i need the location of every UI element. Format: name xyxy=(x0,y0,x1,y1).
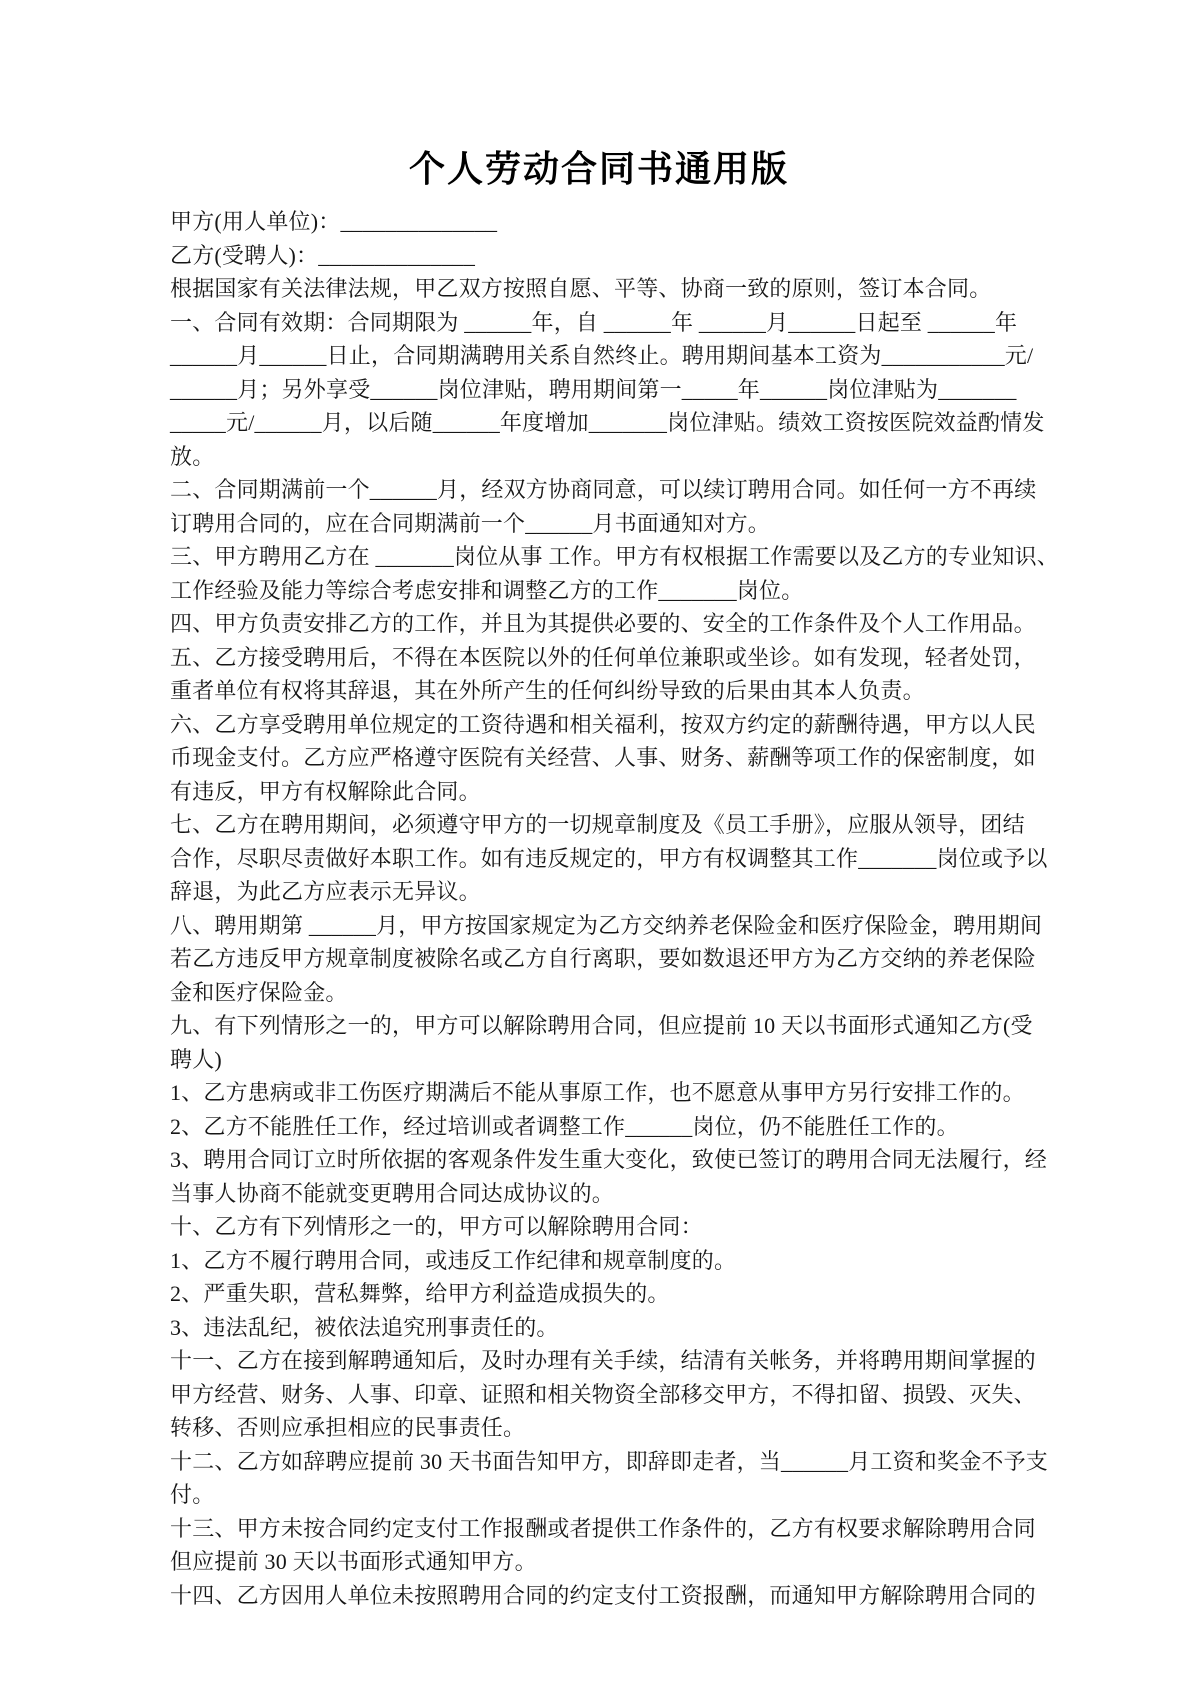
contract-document-page: 个人劳动合同书通用版 甲方(用人单位)：______________乙方(受聘人… xyxy=(0,0,1190,1683)
contract-line: 订聘用合同的，应在合同期满前一个______月书面通知对方。 xyxy=(170,507,1028,541)
contract-line: 工作经验及能力等综合考虑安排和调整乙方的工作_______岗位。 xyxy=(170,574,1028,608)
contract-body: 甲方(用人单位)：______________乙方(受聘人)：_________… xyxy=(170,205,1028,1612)
contract-line: 十二、乙方如辞聘应提前 30 天书面告知甲方，即辞即走者，当______月工资和… xyxy=(170,1445,1028,1479)
contract-line: 但应提前 30 天以书面形式通知甲方。 xyxy=(170,1545,1028,1579)
page-title: 个人劳动合同书通用版 xyxy=(170,146,1028,192)
contract-line: 三、甲方聘用乙方在 _______岗位从事 工作。甲方有权根据工作需要以及乙方的… xyxy=(170,540,1028,574)
contract-line: ______月；另外享受______岗位津贴，聘用期间第一_____年_____… xyxy=(170,373,1028,407)
contract-line: 币现金支付。乙方应严格遵守医院有关经营、人事、财务、薪酬等项工作的保密制度，如 xyxy=(170,741,1028,775)
contract-line: 根据国家有关法律法规，甲乙双方按照自愿、平等、协商一致的原则，签订本合同。 xyxy=(170,272,1028,306)
contract-line: 若乙方违反甲方规章制度被除名或乙方自行离职，要如数退还甲方为乙方交纳的养老保险 xyxy=(170,942,1028,976)
contract-line: 2、乙方不能胜任工作，经过培训或者调整工作______岗位，仍不能胜任工作的。 xyxy=(170,1110,1028,1144)
contract-line: 十三、甲方未按合同约定支付工作报酬或者提供工作条件的，乙方有权要求解除聘用合同 xyxy=(170,1512,1028,1546)
contract-line: 聘人) xyxy=(170,1043,1028,1077)
contract-line: 转移、否则应承担相应的民事责任。 xyxy=(170,1411,1028,1445)
contract-line: 十、乙方有下列情形之一的，甲方可以解除聘用合同： xyxy=(170,1210,1028,1244)
contract-line: 十四、乙方因用人单位未按照聘用合同的约定支付工资报酬，而通知甲方解除聘用合同的 xyxy=(170,1579,1028,1613)
contract-line: 金和医疗保险金。 xyxy=(170,976,1028,1010)
contract-line: 3、聘用合同订立时所依据的客观条件发生重大变化，致使已签订的聘用合同无法履行，经 xyxy=(170,1143,1028,1177)
contract-line: 1、乙方患病或非工伤医疗期满后不能从事原工作，也不愿意从事甲方另行安排工作的。 xyxy=(170,1076,1028,1110)
contract-line: 九、有下列情形之一的，甲方可以解除聘用合同，但应提前 10 天以书面形式通知乙方… xyxy=(170,1009,1028,1043)
contract-line: 七、乙方在聘用期间，必须遵守甲方的一切规章制度及《员工手册》，应服从领导，团结 xyxy=(170,808,1028,842)
contract-line: 乙方(受聘人)：______________ xyxy=(170,239,1028,273)
contract-line: 3、违法乱纪，被依法追究刑事责任的。 xyxy=(170,1311,1028,1345)
contract-line: 五、乙方接受聘用后，不得在本医院以外的任何单位兼职或坐诊。如有发现，轻者处罚， xyxy=(170,641,1028,675)
contract-line: ______月______日止，合同期满聘用关系自然终止。聘用期间基本工资为__… xyxy=(170,339,1028,373)
contract-line: 甲方经营、财务、人事、印章、证照和相关物资全部移交甲方，不得扣留、损毁、灭失、 xyxy=(170,1378,1028,1412)
contract-line: 付。 xyxy=(170,1478,1028,1512)
contract-line: 一、合同有效期：合同期限为 ______年，自 ______年 ______月_… xyxy=(170,306,1028,340)
contract-line: 二、合同期满前一个______月，经双方协商同意，可以续订聘用合同。如任何一方不… xyxy=(170,473,1028,507)
contract-line: 1、乙方不履行聘用合同，或违反工作纪律和规章制度的。 xyxy=(170,1244,1028,1278)
contract-line: 四、甲方负责安排乙方的工作，并且为其提供必要的、安全的工作条件及个人工作用品。 xyxy=(170,607,1028,641)
contract-line: 当事人协商不能就变更聘用合同达成协议的。 xyxy=(170,1177,1028,1211)
contract-line: 甲方(用人单位)：______________ xyxy=(170,205,1028,239)
contract-line: 辞退，为此乙方应表示无异议。 xyxy=(170,875,1028,909)
contract-line: 2、严重失职，营私舞弊，给甲方利益造成损失的。 xyxy=(170,1277,1028,1311)
contract-line: _____元/______月，以后随______年度增加_______岗位津贴。… xyxy=(170,406,1028,440)
contract-line: 十一、乙方在接到解聘通知后，及时办理有关手续，结清有关帐务，并将聘用期间掌握的 xyxy=(170,1344,1028,1378)
contract-line: 六、乙方享受聘用单位规定的工资待遇和相关福利，按双方约定的薪酬待遇，甲方以人民 xyxy=(170,708,1028,742)
contract-line: 重者单位有权将其辞退，其在外所产生的任何纠纷导致的后果由其本人负责。 xyxy=(170,674,1028,708)
contract-line: 八、聘用期第 ______月，甲方按国家规定为乙方交纳养老保险金和医疗保险金，聘… xyxy=(170,909,1028,943)
contract-line: 有违反，甲方有权解除此合同。 xyxy=(170,775,1028,809)
contract-line: 合作，尽职尽责做好本职工作。如有违反规定的，甲方有权调整其工作_______岗位… xyxy=(170,842,1028,876)
contract-line: 放。 xyxy=(170,440,1028,474)
